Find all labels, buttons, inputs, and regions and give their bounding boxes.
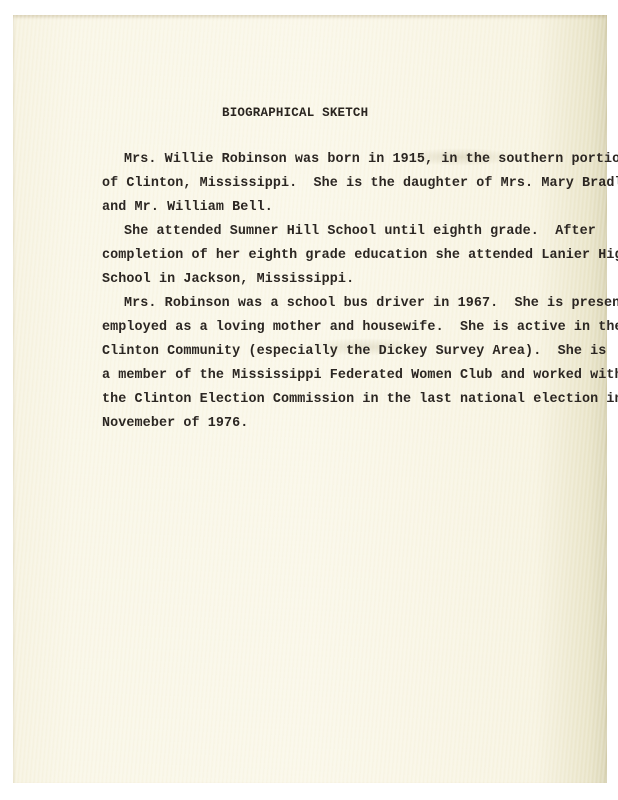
document-title: BIOGRAPHICAL SKETCH: [222, 106, 368, 120]
text-line: a member of the Mississippi Federated Wo…: [102, 368, 618, 383]
text-line: and Mr. William Bell.: [102, 200, 273, 215]
text-line: of Clinton, Mississippi. She is the daug…: [102, 176, 618, 191]
text-line: School in Jackson, Mississippi.: [102, 272, 354, 287]
text-line: employed as a loving mother and housewif…: [102, 320, 618, 335]
text-line: completion of her eighth grade education…: [102, 248, 618, 263]
text-line: Clinton Community (especially the Dickey…: [102, 344, 606, 359]
text-line: Mrs. Willie Robinson was born in 1915, i…: [124, 152, 618, 167]
text-line: Novemeber of 1976.: [102, 416, 248, 431]
text-line: the Clinton Election Commission in the l…: [102, 392, 618, 407]
text-line: Mrs. Robinson was a school bus driver in…: [124, 296, 618, 311]
text-line: She attended Sumner Hill School until ei…: [124, 224, 596, 239]
